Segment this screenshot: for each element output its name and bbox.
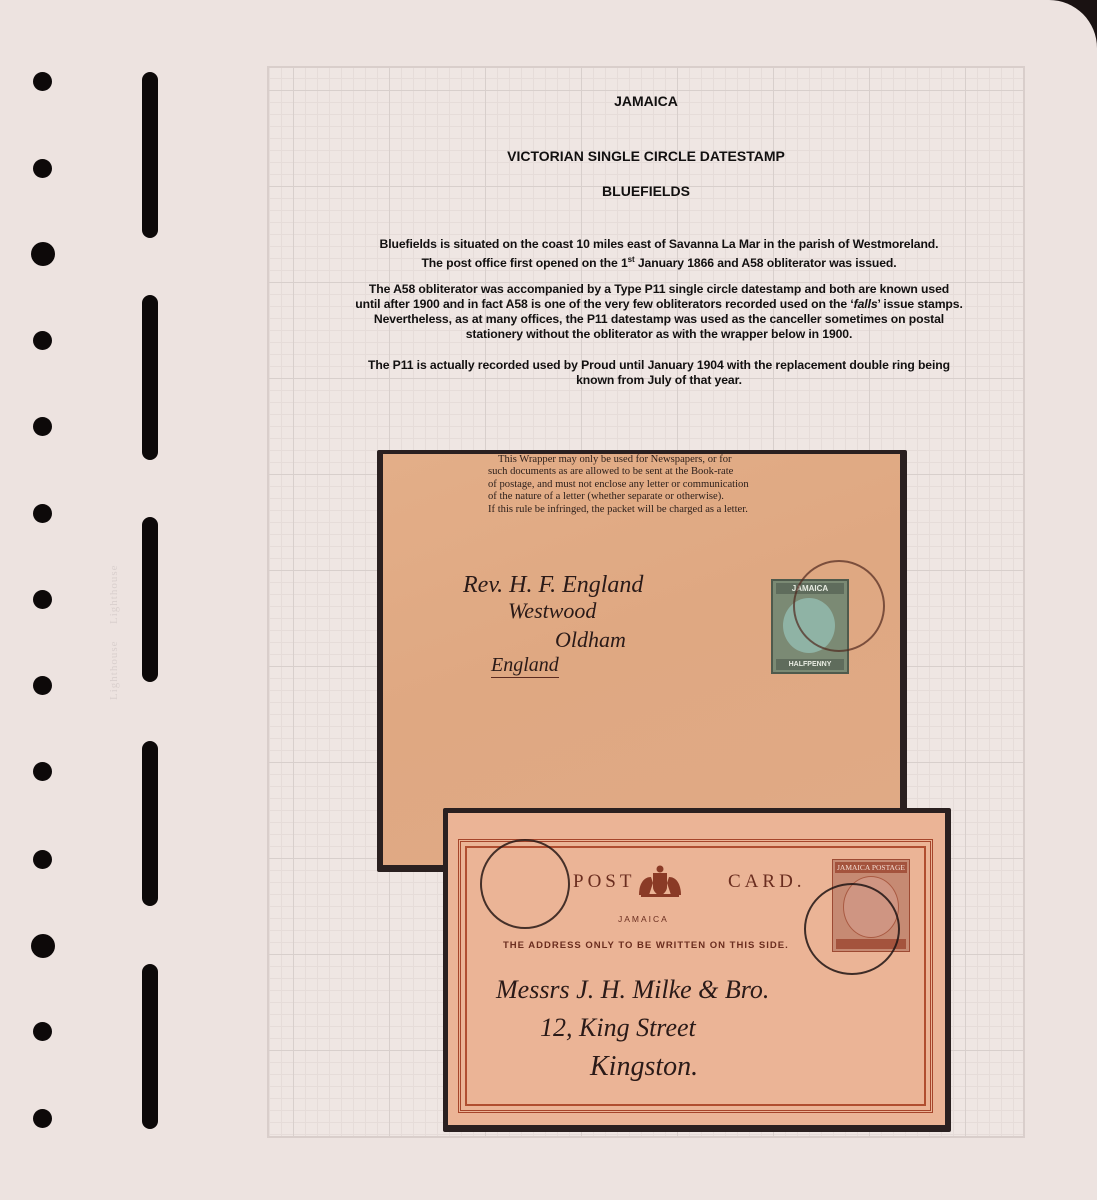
address-line: Westwood xyxy=(508,598,596,624)
address-line: Rev. H. F. England xyxy=(463,572,643,599)
country-heading: JAMAICA xyxy=(269,93,1023,109)
binder-slot xyxy=(142,964,158,1129)
notice-line: If this rule be infringed, the packet wi… xyxy=(488,504,808,516)
binder-slot xyxy=(142,741,158,906)
para-line: stationery without the obliterator as wi… xyxy=(309,327,1009,342)
album-page: Lighthouse Lighthouse JAMAICA VICTORIAN … xyxy=(0,0,1097,1200)
bluefields-postmark xyxy=(793,560,885,652)
binder-slot xyxy=(142,72,158,238)
address-line: Oldham xyxy=(555,627,626,653)
title-left: POST xyxy=(573,871,635,893)
punch-hole xyxy=(33,590,52,609)
wrapper-paper: This Wrapper may only be used for Newspa… xyxy=(383,454,900,865)
watermark-text: Lighthouse xyxy=(108,565,148,625)
para-line: The A58 obliterator was accompanied by a… xyxy=(309,282,1009,297)
punch-hole xyxy=(33,159,52,178)
punch-hole xyxy=(33,417,52,436)
punch-hole xyxy=(31,242,55,266)
kingston-postmark xyxy=(480,839,570,929)
address-line: 12, King Street xyxy=(540,1013,696,1043)
notice-line: such documents as are allowed to be sent… xyxy=(488,466,808,478)
coat-of-arms-icon xyxy=(635,865,685,899)
punch-hole xyxy=(33,72,52,91)
binder-slot xyxy=(142,295,158,460)
postcard-instruction: THE ADDRESS ONLY TO BE WRITTEN ON THIS S… xyxy=(503,940,789,951)
bluefields-postmark xyxy=(804,883,900,975)
punch-hole xyxy=(33,676,52,695)
address-line: Messrs J. H. Milke & Bro. xyxy=(496,975,769,1005)
stamp-label: JAMAICA POSTAGE xyxy=(835,862,907,873)
watermark: Lighthouse Lighthouse xyxy=(108,520,148,700)
punch-hole xyxy=(33,331,52,350)
punch-hole xyxy=(33,850,52,869)
office-heading: BLUEFIELDS xyxy=(269,183,1023,199)
section-heading: VICTORIAN SINGLE CIRCLE DATESTAMP xyxy=(269,148,1023,164)
postcard-country: JAMAICA xyxy=(618,914,669,924)
para-line: The P11 is actually recorded used by Pro… xyxy=(309,358,1009,373)
address-line: Kingston. xyxy=(590,1051,698,1083)
para-line: Nevertheless, as at many offices, the P1… xyxy=(309,312,1009,327)
punch-hole xyxy=(33,762,52,781)
paragraph-obliterator: The A58 obliterator was accompanied by a… xyxy=(309,282,1009,342)
post-card: POST CARD. JAMAICA THE ADDRESS ONLY TO B… xyxy=(443,808,951,1132)
stamp-label: HALFPENNY xyxy=(776,659,844,670)
watermark-text: Lighthouse xyxy=(108,641,148,701)
punch-hole xyxy=(33,1109,52,1128)
notice-line: of postage, and must not enclose any let… xyxy=(488,479,808,491)
punch-hole xyxy=(31,934,55,958)
paragraph-proud: The P11 is actually recorded used by Pro… xyxy=(309,358,1009,388)
title-right: CARD. xyxy=(728,871,806,893)
para-line: Bluefields is situated on the coast 10 m… xyxy=(309,237,1009,252)
punch-hole xyxy=(33,504,52,523)
notice-line: This Wrapper may only be used for Newspa… xyxy=(488,454,808,466)
para-line: until after 1900 and in fact A58 is one … xyxy=(309,297,1009,312)
wrapper-notice: This Wrapper may only be used for Newspa… xyxy=(488,454,808,516)
postcard-paper: POST CARD. JAMAICA THE ADDRESS ONLY TO B… xyxy=(448,813,945,1125)
para-line: known from July of that year. xyxy=(309,373,1009,388)
notice-line: of the nature of a letter (whether separ… xyxy=(488,491,808,503)
paragraph-intro: Bluefields is situated on the coast 10 m… xyxy=(309,237,1009,271)
para-line: The post office first opened on the 1st … xyxy=(309,252,1009,271)
punch-hole xyxy=(33,1022,52,1041)
address-line: England xyxy=(491,654,559,678)
